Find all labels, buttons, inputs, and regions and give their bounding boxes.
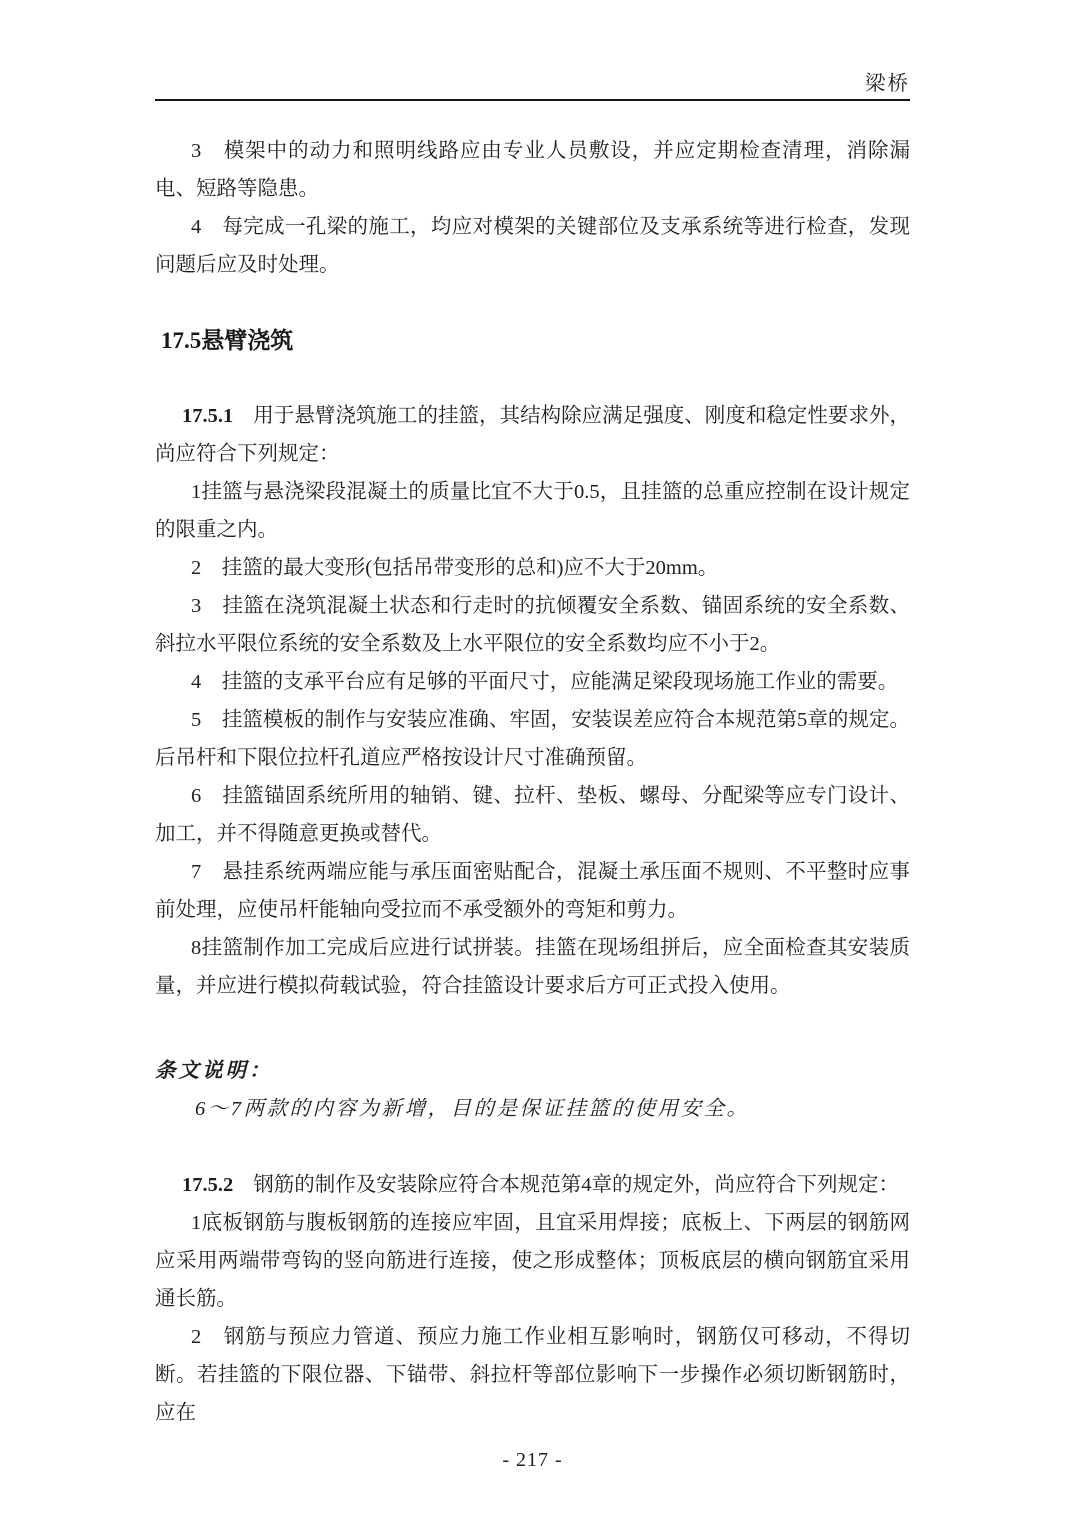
running-header-title: 梁桥 xyxy=(865,73,910,95)
clause-17-5-1: 17.5.1用于悬臂浇筑施工的挂篮，其结构除应满足强度、刚度和稳定性要求外，尚应… xyxy=(155,397,910,473)
running-header: 梁桥 xyxy=(155,0,910,101)
page-number: - 217 - xyxy=(155,1448,910,1472)
clause-17-5-2-number: 17.5.2 xyxy=(182,1174,233,1196)
clause-17-5-2: 17.5.2钢筋的制作及安装除应符合本规范第4章的规定外，尚应符合下列规定： xyxy=(155,1166,910,1204)
clause-17-5-1-item-3: 3 挂篮在浇筑混凝土状态和行走时的抗倾覆安全系数、锚固系统的安全系数、斜拉水平限… xyxy=(155,587,910,663)
clause-17-5-1-number: 17.5.1 xyxy=(182,405,233,427)
document-page: 梁桥 3 模架中的动力和照明线路应由专业人员敷设，并应定期检查清理，消除漏电、短… xyxy=(0,0,1074,1520)
clause-17-5-1-item-7: 7 悬挂系统两端应能与承压面密贴配合，混凝土承压面不规则、不平整时应事前处理，应… xyxy=(155,853,910,929)
paragraph-top-3: 3 模架中的动力和照明线路应由专业人员敷设，并应定期检查清理，消除漏电、短路等隐… xyxy=(155,132,910,208)
document-body: 3 模架中的动力和照明线路应由专业人员敷设，并应定期检查清理，消除漏电、短路等隐… xyxy=(155,132,910,1432)
commentary-block: 条文说明： 6～7两款的内容为新增，目的是保证挂篮的使用安全。 xyxy=(155,1052,910,1128)
commentary-label: 条文说明： xyxy=(155,1052,910,1090)
clause-17-5-1-item-2: 2 挂篮的最大变形(包括吊带变形的总和)应不大于20mm。 xyxy=(155,549,910,587)
clause-17-5-1-item-1: 1挂篮与悬浇梁段混凝土的质量比宜不大于0.5，且挂篮的总重应控制在设计规定的限重… xyxy=(155,473,910,549)
clause-17-5-1-text: 用于悬臂浇筑施工的挂篮，其结构除应满足强度、刚度和稳定性要求外，尚应符合下列规定… xyxy=(155,405,910,465)
clause-17-5-1-item-6: 6 挂篮锚固系统所用的轴销、键、拉杆、垫板、螺母、分配梁等应专门设计、加工，并不… xyxy=(155,777,910,853)
clause-17-5-2-item-1: 1底板钢筋与腹板钢筋的连接应牢固，且宜采用焊接；底板上、下两层的钢筋网应采用两端… xyxy=(155,1204,910,1318)
clause-17-5-1-item-5: 5 挂篮模板的制作与安装应准确、牢固，安装误差应符合本规范第5章的规定。后吊杆和… xyxy=(155,701,910,777)
commentary-text: 6～7两款的内容为新增，目的是保证挂篮的使用安全。 xyxy=(155,1090,910,1128)
section-heading-17-5: 17.5悬臂浇筑 xyxy=(161,325,910,357)
clause-17-5-1-item-4: 4 挂篮的支承平台应有足够的平面尺寸，应能满足梁段现场施工作业的需要。 xyxy=(155,663,910,701)
clause-17-5-2-text: 钢筋的制作及安装除应符合本规范第4章的规定外，尚应符合下列规定： xyxy=(253,1174,899,1196)
paragraph-top-4: 4 每完成一孔梁的施工，均应对模架的关键部位及支承系统等进行检查，发现问题后应及… xyxy=(155,208,910,284)
clause-17-5-1-item-8: 8挂篮制作加工完成后应进行试拼装。挂篮在现场组拼后，应全面检查其安装质量，并应进… xyxy=(155,929,910,1005)
clause-17-5-2-item-2: 2 钢筋与预应力管道、预应力施工作业相互影响时，钢筋仅可移动，不得切断。若挂篮的… xyxy=(155,1318,910,1432)
